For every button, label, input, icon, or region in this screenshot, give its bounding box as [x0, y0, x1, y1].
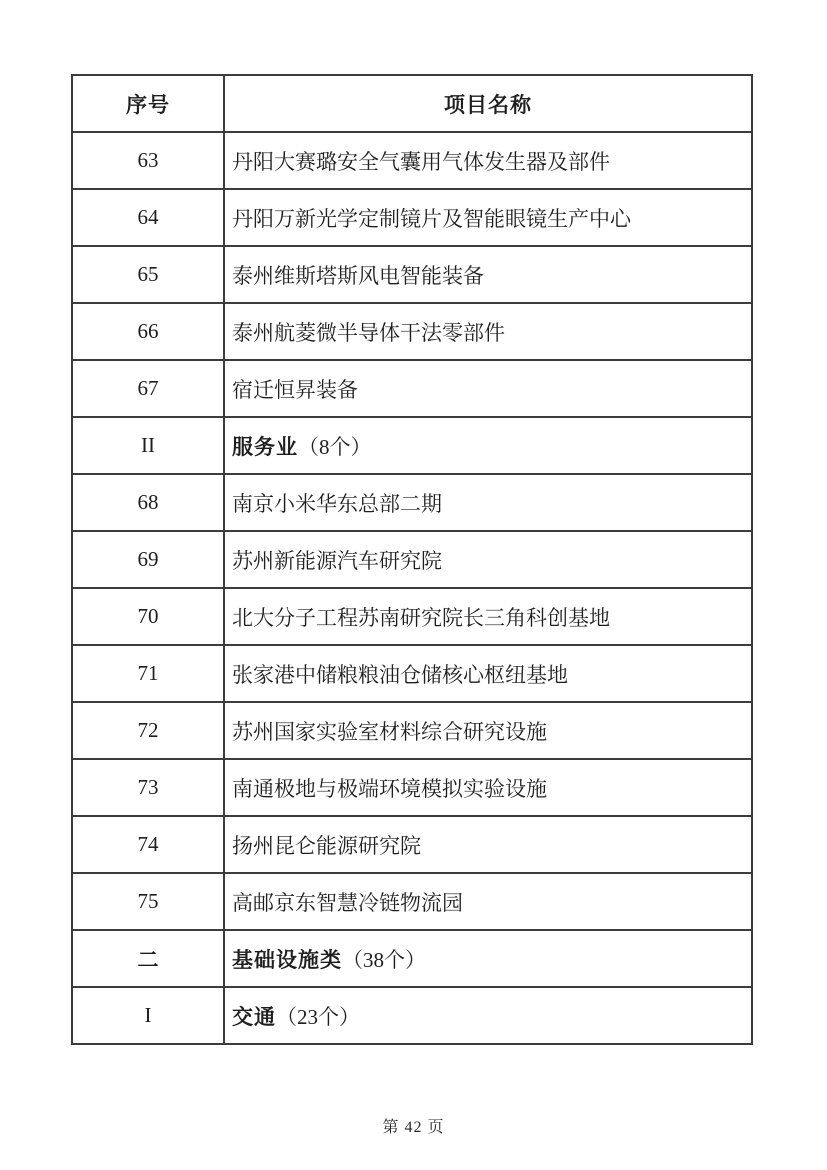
table-header-row: 序号 项目名称	[72, 75, 752, 132]
project-name-cell: 丹阳万新光学定制镜片及智能眼镜生产中心	[224, 189, 752, 246]
project-name-cell: 南通极地与极端环境模拟实验设施	[224, 759, 752, 816]
serial-number-cell: 68	[72, 474, 224, 531]
project-name-cell: 服务业（8个）	[224, 417, 752, 474]
serial-number-cell: I	[72, 987, 224, 1044]
serial-number-cell: 69	[72, 531, 224, 588]
section-count: （8个）	[298, 435, 372, 459]
project-name-cell: 宿迁恒昇装备	[224, 360, 752, 417]
project-name-cell: 扬州昆仑能源研究院	[224, 816, 752, 873]
serial-number-cell: 64	[72, 189, 224, 246]
serial-number-cell: 66	[72, 303, 224, 360]
project-name-cell: 北大分子工程苏南研究院长三角科创基地	[224, 588, 752, 645]
section-title: 交通	[232, 1006, 276, 1029]
table-row: 71张家港中储粮粮油仓储核心枢纽基地	[72, 645, 752, 702]
section-title: 服务业	[232, 436, 298, 459]
table-row: 68南京小米华东总部二期	[72, 474, 752, 531]
project-name-cell: 泰州航菱微半导体干法零部件	[224, 303, 752, 360]
serial-number-cell: 70	[72, 588, 224, 645]
serial-number-cell: II	[72, 417, 224, 474]
serial-number-cell: 74	[72, 816, 224, 873]
project-name-cell: 基础设施类（38个）	[224, 930, 752, 987]
serial-number-cell: 67	[72, 360, 224, 417]
project-table: 序号 项目名称 63丹阳大赛璐安全气囊用气体发生器及部件64丹阳万新光学定制镜片…	[71, 74, 753, 1045]
serial-number-cell: 72	[72, 702, 224, 759]
project-name-cell: 苏州国家实验室材料综合研究设施	[224, 702, 752, 759]
table-row: 73南通极地与极端环境模拟实验设施	[72, 759, 752, 816]
section-count: （38个）	[342, 948, 426, 972]
project-name-cell: 交通（23个）	[224, 987, 752, 1044]
table-row: 64丹阳万新光学定制镜片及智能眼镜生产中心	[72, 189, 752, 246]
section-count: （23个）	[276, 1005, 360, 1029]
page-number: 第 42 页	[0, 1114, 827, 1137]
serial-number-cell: 75	[72, 873, 224, 930]
table-row: 74扬州昆仑能源研究院	[72, 816, 752, 873]
document-page: 序号 项目名称 63丹阳大赛璐安全气囊用气体发生器及部件64丹阳万新光学定制镜片…	[0, 0, 827, 1170]
table-row: 69苏州新能源汽车研究院	[72, 531, 752, 588]
project-name-cell: 泰州维斯塔斯风电智能装备	[224, 246, 752, 303]
table-row: 70北大分子工程苏南研究院长三角科创基地	[72, 588, 752, 645]
table-row: 72苏州国家实验室材料综合研究设施	[72, 702, 752, 759]
column-header-project-name: 项目名称	[224, 75, 752, 132]
table-row: 63丹阳大赛璐安全气囊用气体发生器及部件	[72, 132, 752, 189]
project-name-cell: 张家港中储粮粮油仓储核心枢纽基地	[224, 645, 752, 702]
project-name-cell: 苏州新能源汽车研究院	[224, 531, 752, 588]
table-row: 66泰州航菱微半导体干法零部件	[72, 303, 752, 360]
section-row: I交通（23个）	[72, 987, 752, 1044]
section-row: II服务业（8个）	[72, 417, 752, 474]
project-name-cell: 南京小米华东总部二期	[224, 474, 752, 531]
serial-number-cell: 71	[72, 645, 224, 702]
serial-number-cell: 63	[72, 132, 224, 189]
table-row: 67宿迁恒昇装备	[72, 360, 752, 417]
serial-number-cell: 二	[72, 930, 224, 987]
project-name-cell: 高邮京东智慧冷链物流园	[224, 873, 752, 930]
column-header-serial-number: 序号	[72, 75, 224, 132]
project-name-cell: 丹阳大赛璐安全气囊用气体发生器及部件	[224, 132, 752, 189]
serial-number-cell: 65	[72, 246, 224, 303]
table-row: 75高邮京东智慧冷链物流园	[72, 873, 752, 930]
serial-number-cell: 73	[72, 759, 224, 816]
table-row: 65泰州维斯塔斯风电智能装备	[72, 246, 752, 303]
section-title: 基础设施类	[232, 949, 342, 972]
section-row: 二基础设施类（38个）	[72, 930, 752, 987]
